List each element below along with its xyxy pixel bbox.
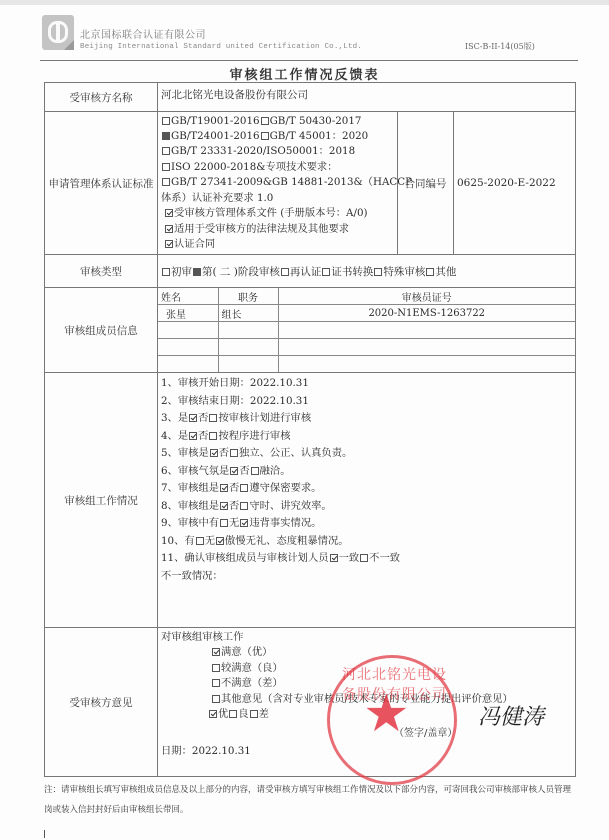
work-item: 5、审核是否独立、公正、认真负责。: [161, 445, 575, 463]
standard-line: GB/T24001-2016GB/T 45001：2020: [161, 129, 397, 144]
standard-checkbox-unchecked[interactable]: [261, 117, 269, 125]
option-label: 9、审核中有: [161, 517, 219, 529]
table-row: [158, 339, 575, 356]
work-item: 3、是否按审核计划进行审核: [161, 410, 575, 428]
option-label: 否: [198, 430, 208, 442]
standard-checkbox-filled[interactable]: [162, 132, 170, 140]
work-checkbox-unchecked[interactable]: [209, 432, 217, 440]
standard-line: GB/T19001-2016GB/T 50430-2017: [161, 114, 397, 129]
standard-line: GB/T 23331-2020/ISO50001：2018: [161, 144, 397, 159]
option-label: 较满意（良）: [221, 662, 283, 674]
option-label: 不一致情况：: [161, 570, 223, 582]
option-label: 证书转换: [331, 266, 373, 278]
option-label: 傲慢无礼、态度粗暴情况。: [225, 535, 349, 547]
company-name-en: Beijing International Standard united Ce…: [80, 43, 362, 51]
option-label: GB/T 50430-2017: [270, 115, 362, 127]
work-item: 9、审核中有无违背事实情况。: [161, 515, 575, 533]
option-label: ISO 22000-2018&专项技术要求：: [171, 161, 338, 173]
members-header-row: 姓名 职务 审核员证号: [158, 288, 575, 305]
option-label: 满意（优）: [221, 646, 272, 658]
standards-label: 申请管理体系认证标准: [45, 112, 158, 255]
work-checkbox-checked[interactable]: [210, 449, 218, 457]
option-label: 否: [239, 465, 249, 477]
header-name: 姓名: [158, 288, 218, 305]
audit-type-checkbox-unchecked[interactable]: [426, 268, 434, 276]
feedback-form-table: 受审核方名称 河北北铭光电设备股份有限公司 申请管理体系认证标准 GB/T190…: [44, 82, 576, 777]
option-label: 否: [229, 482, 239, 494]
rating-checkbox-unchecked[interactable]: [250, 710, 258, 718]
work-item: 1、审核开始日期：2022.10.31: [161, 375, 575, 393]
standard-checkbox-checked[interactable]: [165, 225, 173, 233]
auditee-label: 受审核方名称: [45, 83, 158, 112]
audit-type-checkbox-unchecked[interactable]: [281, 268, 289, 276]
members-table: 姓名 职务 审核员证号 张星 组长 2020-N1EMS-1263722: [158, 288, 575, 372]
option-label: 体系）认证补充要求 1.0: [161, 192, 273, 204]
opinion-option: 满意（优）: [161, 645, 575, 660]
opinion-checkbox-checked[interactable]: [212, 648, 220, 656]
member-role: [218, 356, 278, 373]
option-label: 认证合同: [174, 238, 215, 250]
option-label: 10、有: [161, 535, 195, 547]
opinion-options: 满意（优）较满意（良）不满意（差）其他意见（含对专业审核员/技术专家的专业能力提…: [161, 645, 575, 707]
option-label: 11、确认审核组成员与审核计划人员: [161, 552, 329, 564]
standards-list: GB/T19001-2016GB/T 50430-2017GB/T24001-2…: [158, 112, 398, 255]
work-checkbox-unchecked[interactable]: [360, 554, 368, 562]
work-checkbox-unchecked[interactable]: [240, 484, 248, 492]
option-label: 独立、公正、认真负责。: [239, 447, 352, 459]
option-label: 5、审核是: [161, 447, 209, 459]
work-item: 10、有无傲慢无礼、态度粗暴情况。: [161, 533, 575, 551]
member-name: [158, 322, 218, 339]
member-role: 组长: [218, 305, 278, 322]
work-item: 6、审核气氛是否融洽。: [161, 463, 575, 481]
contract-label: 合同编号: [398, 112, 454, 255]
work-checkbox-unchecked[interactable]: [196, 537, 204, 545]
rating-checkbox-unchecked[interactable]: [229, 710, 237, 718]
work-item: 2、审核结束日期：2022.10.31: [161, 393, 575, 411]
option-label: 3、是: [161, 412, 188, 424]
standard-line: ISO 22000-2018&专项技术要求：: [161, 160, 397, 175]
option-label: GB/T19001-2016: [171, 115, 260, 127]
work-item: 不一致情况：: [161, 568, 575, 586]
standard-checkbox-unchecked[interactable]: [162, 147, 170, 155]
standard-line: 受审核方管理体系文件 (手册版本号：A/0): [161, 206, 397, 221]
work-item: 11、确认审核组成员与审核计划人员一致不一致: [161, 550, 575, 568]
option-label: 再认证: [290, 266, 322, 278]
option-label: 按程序进行审核: [218, 430, 290, 442]
work-checkbox-checked[interactable]: [240, 519, 248, 527]
option-label: 优: [218, 708, 228, 720]
opinion-checkbox-unchecked[interactable]: [212, 679, 220, 687]
member-cert-no: 2020-N1EMS-1263722: [278, 305, 575, 322]
work-checkbox-unchecked[interactable]: [230, 449, 238, 457]
work-item: 8、审核组是否守时、讲究效率。: [161, 498, 575, 516]
signature: 冯健涛: [478, 700, 544, 731]
option-label: 否: [229, 500, 239, 512]
option-label: 2、审核结束日期：2022.10.31: [161, 395, 309, 407]
option-label: 4、是: [161, 430, 188, 442]
standard-line: 适用于受审核方的法律法规及其他要求: [161, 222, 397, 237]
company-name-cn: 北京国标联合认证有限公司: [80, 26, 206, 41]
option-label: 守时、讲究效率。: [249, 500, 331, 512]
option-label: 6、审核气氛是: [161, 465, 229, 477]
option-label: 按审核计划进行审核: [218, 412, 311, 424]
option-label: GB/T 45001：2020: [270, 130, 369, 142]
work-item: 7、审核组是否遵守保密要求。: [161, 480, 575, 498]
standard-checkbox-unchecked[interactable]: [261, 132, 269, 140]
option-label: 融洽。: [260, 465, 291, 477]
option-label: 第( 二 )阶段审核: [202, 266, 280, 278]
member-role: [218, 322, 278, 339]
company-logo-icon: [42, 15, 74, 50]
standard-line: 认证合同: [161, 237, 397, 252]
option-label: GB/T 27341-2009&GB 14881-2013&（HACCP: [171, 176, 412, 188]
option-label: 一致: [339, 552, 360, 564]
audit-type-checkbox-unchecked[interactable]: [162, 268, 170, 276]
opinion-date: 日期：2022.10.31: [161, 744, 575, 759]
option-label: 适用于受审核方的法律法规及其他要求: [174, 223, 349, 235]
work-checkbox-unchecked[interactable]: [209, 414, 217, 422]
members-label: 审核组成员信息: [45, 288, 158, 373]
member-name: 张星: [158, 305, 218, 322]
option-label: 其他意见（含对专业审核员/技术专家的专业能力提出评价意见）: [221, 693, 513, 705]
work-checkbox-checked[interactable]: [189, 432, 197, 440]
audit-type-options: 初审第( 二 )阶段审核再认证证书转换特殊审核其他: [158, 255, 576, 288]
option-label: 不满意（差）: [221, 677, 283, 689]
opinion-label: 受审核方意见: [45, 628, 158, 777]
work-items: 1、审核开始日期：2022.10.312、审核结束日期：2022.10.313、…: [158, 373, 576, 628]
member-cert-no: [278, 322, 575, 339]
option-label: 其他: [435, 266, 456, 278]
opinion-checkbox-unchecked[interactable]: [212, 664, 220, 672]
option-label: 差: [259, 708, 269, 720]
option-label: 无: [229, 517, 239, 529]
option-label: 7、审核组是: [161, 482, 219, 494]
standard-checkbox-unchecked[interactable]: [162, 178, 170, 186]
work-item: 4、是否按程序进行审核: [161, 428, 575, 446]
work-checkbox-unchecked[interactable]: [240, 502, 248, 510]
work-checkbox-checked[interactable]: [189, 414, 197, 422]
work-label: 审核组工作情况: [45, 373, 158, 628]
audit-type-label: 审核类型: [45, 255, 158, 288]
work-checkbox-checked[interactable]: [220, 484, 228, 492]
contract-number: 0625-2020-E-2022: [454, 112, 576, 255]
footnote: 注：请审核组长填写审核组成员信息及以上部分的内容，请受审核方填写审核组工作情况及…: [44, 780, 574, 820]
opinion-heading: 对审核组审核工作: [161, 630, 575, 645]
option-label: GB/T 23331-2020/ISO50001：2018: [171, 145, 355, 157]
option-label: 受审核方管理体系文件 (手册版本号：A/0): [174, 207, 368, 219]
auditee-name: 河北北铭光电设备股份有限公司: [158, 83, 576, 112]
work-checkbox-unchecked[interactable]: [220, 519, 228, 527]
option-label: 不一致: [369, 552, 400, 564]
audit-type-checkbox-unchecked[interactable]: [374, 268, 382, 276]
document-code: ISC-B-II-14(05版): [465, 41, 535, 52]
option-label: 8、审核组是: [161, 500, 219, 512]
form-title: 审核组工作情况反馈表: [0, 64, 609, 83]
option-label: 遵守保密要求。: [249, 482, 321, 494]
table-row: [158, 322, 575, 339]
audit-type-checkbox-filled[interactable]: [193, 268, 201, 276]
rating-checkbox-checked[interactable]: [209, 710, 217, 718]
member-cert-no: [278, 356, 575, 373]
standard-line: 体系）认证补充要求 1.0: [161, 191, 397, 206]
option-label: 无: [205, 535, 215, 547]
header-divider: [40, 60, 578, 61]
opinion-option: 不满意（差）: [161, 676, 575, 691]
work-checkbox-unchecked[interactable]: [251, 467, 259, 475]
audit-type-checkbox-unchecked[interactable]: [322, 268, 330, 276]
standard-checkbox-checked[interactable]: [165, 240, 173, 248]
option-label: 特殊审核: [383, 266, 425, 278]
sign-label: （签字/盖章）: [394, 724, 457, 739]
opinion-option: 较满意（良）: [161, 661, 575, 676]
opinion-checkbox-unchecked[interactable]: [212, 695, 220, 703]
standard-checkbox-unchecked[interactable]: [162, 117, 170, 125]
top-bar: [0, 0, 609, 5]
work-checkbox-checked[interactable]: [330, 554, 338, 562]
work-checkbox-checked[interactable]: [230, 467, 238, 475]
header-role: 职务: [218, 288, 278, 305]
member-name: [158, 339, 218, 356]
option-label: GB/T24001-2016: [171, 130, 260, 142]
option-label: 否: [198, 412, 208, 424]
member-cert-no: [278, 339, 575, 356]
standard-checkbox-checked[interactable]: [165, 209, 173, 217]
option-label: 1、审核开始日期：2022.10.31: [161, 377, 309, 389]
work-checkbox-checked[interactable]: [216, 537, 224, 545]
option-label: 良: [238, 708, 248, 720]
header-cert-no: 审核员证号: [278, 288, 575, 305]
option-label: 否: [219, 447, 229, 459]
option-label: 违背事实情况。: [249, 517, 321, 529]
page-mark: [44, 830, 45, 838]
option-label: 初审: [171, 266, 192, 278]
members-cell: 姓名 职务 审核员证号 张星 组长 2020-N1EMS-1263722: [158, 288, 576, 373]
table-row: 张星 组长 2020-N1EMS-1263722: [158, 305, 575, 322]
member-name: [158, 356, 218, 373]
member-role: [218, 339, 278, 356]
table-row: [158, 356, 575, 373]
standard-line: GB/T 27341-2009&GB 14881-2013&（HACCP: [161, 175, 397, 190]
work-checkbox-checked[interactable]: [220, 502, 228, 510]
standard-checkbox-unchecked[interactable]: [162, 163, 170, 171]
